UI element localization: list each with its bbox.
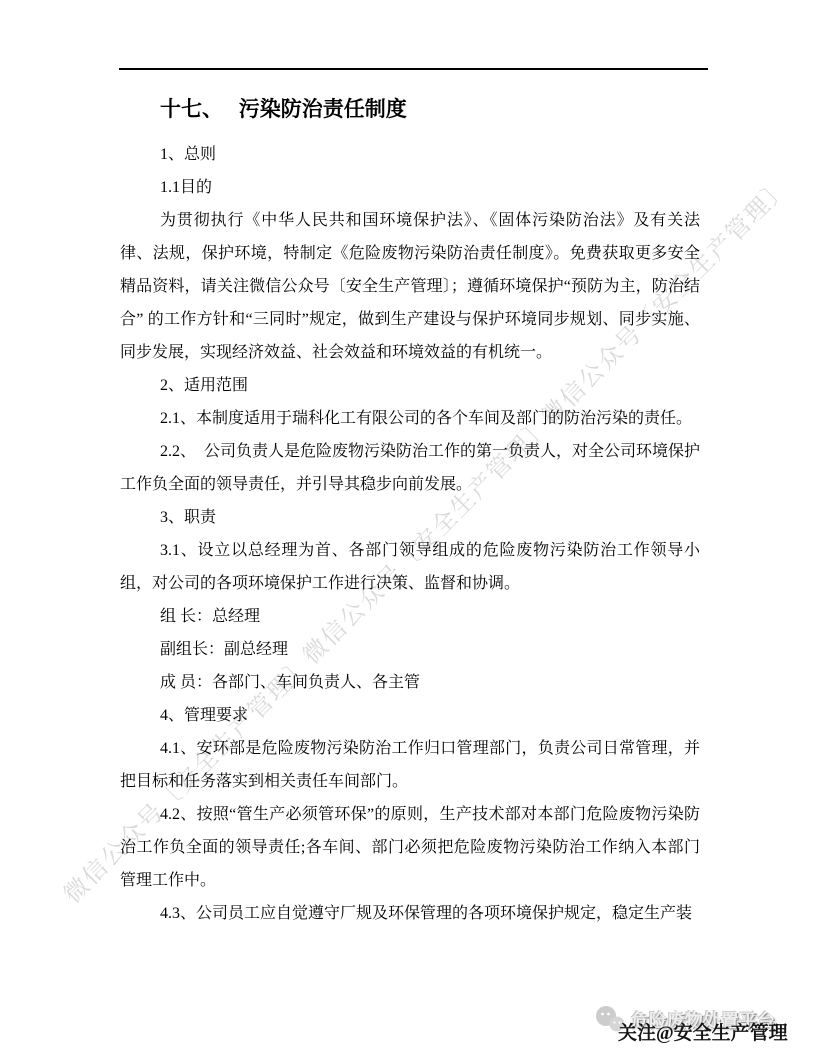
paragraph: 为贯彻执行《中华人民共和国环境保护法》、《固体污染防治法》及有关法律、法规，保护… [120, 204, 700, 369]
paragraph: 副组长：副总经理 [120, 633, 700, 666]
paragraph: 4.3、公司员工应自觉遵守厂规及环保管理的各项环境保护规定，稳定生产装 [120, 897, 700, 930]
footer-brand: 危险废物处置平台 关注@安全生产管理 [594, 1002, 809, 1052]
paragraph: 1、总则 [120, 138, 700, 171]
paragraph: 2、适用范围 [120, 369, 700, 402]
document-body: 十七、 污染防治责任制度 1、总则1.1目的为贯彻执行《中华人民共和国环境保护法… [120, 88, 700, 930]
paragraph: 1.1目的 [120, 171, 700, 204]
paragraph: 4.2、按照“管生产必须管环保”的原则，生产技术部对本部门危险废物污染防治工作负… [120, 798, 700, 897]
paragraph-list: 1、总则1.1目的为贯彻执行《中华人民共和国环境保护法》、《固体污染防治法》及有… [120, 138, 700, 930]
paragraph: 2.2、 公司负责人是危险废物污染防治工作的第一负责人，对全公司环境保护工作负全… [120, 435, 700, 501]
footer-follow-text: 关注@安全生产管理 [618, 1018, 788, 1045]
paragraph: 2.1、本制度适用于瑞科化工有限公司的各个车间及部门的防治污染的责任。 [120, 402, 700, 435]
paragraph: 4、管理要求 [120, 699, 700, 732]
paragraph: 组 长：总经理 [120, 600, 700, 633]
paragraph: 3.1、设立以总经理为首、各部门领导组成的危险废物污染防治工作领导小组，对公司的… [120, 534, 700, 600]
paragraph: 成 员：各部门、车间负责人、各主管 [120, 666, 700, 699]
paragraph: 4.1、安环部是危险废物污染防治工作归口管理部门，负责公司日常管理，并把目标和任… [120, 732, 700, 798]
document-title: 十七、 污染防治责任制度 [160, 88, 700, 130]
paragraph: 3、职责 [120, 501, 700, 534]
header-rule [119, 68, 708, 70]
document-page: 微信公众号〔安全生产管理〕微信公众号〔安全生产管理〕微信公众号〔安全生产管理〕 … [0, 0, 816, 1056]
